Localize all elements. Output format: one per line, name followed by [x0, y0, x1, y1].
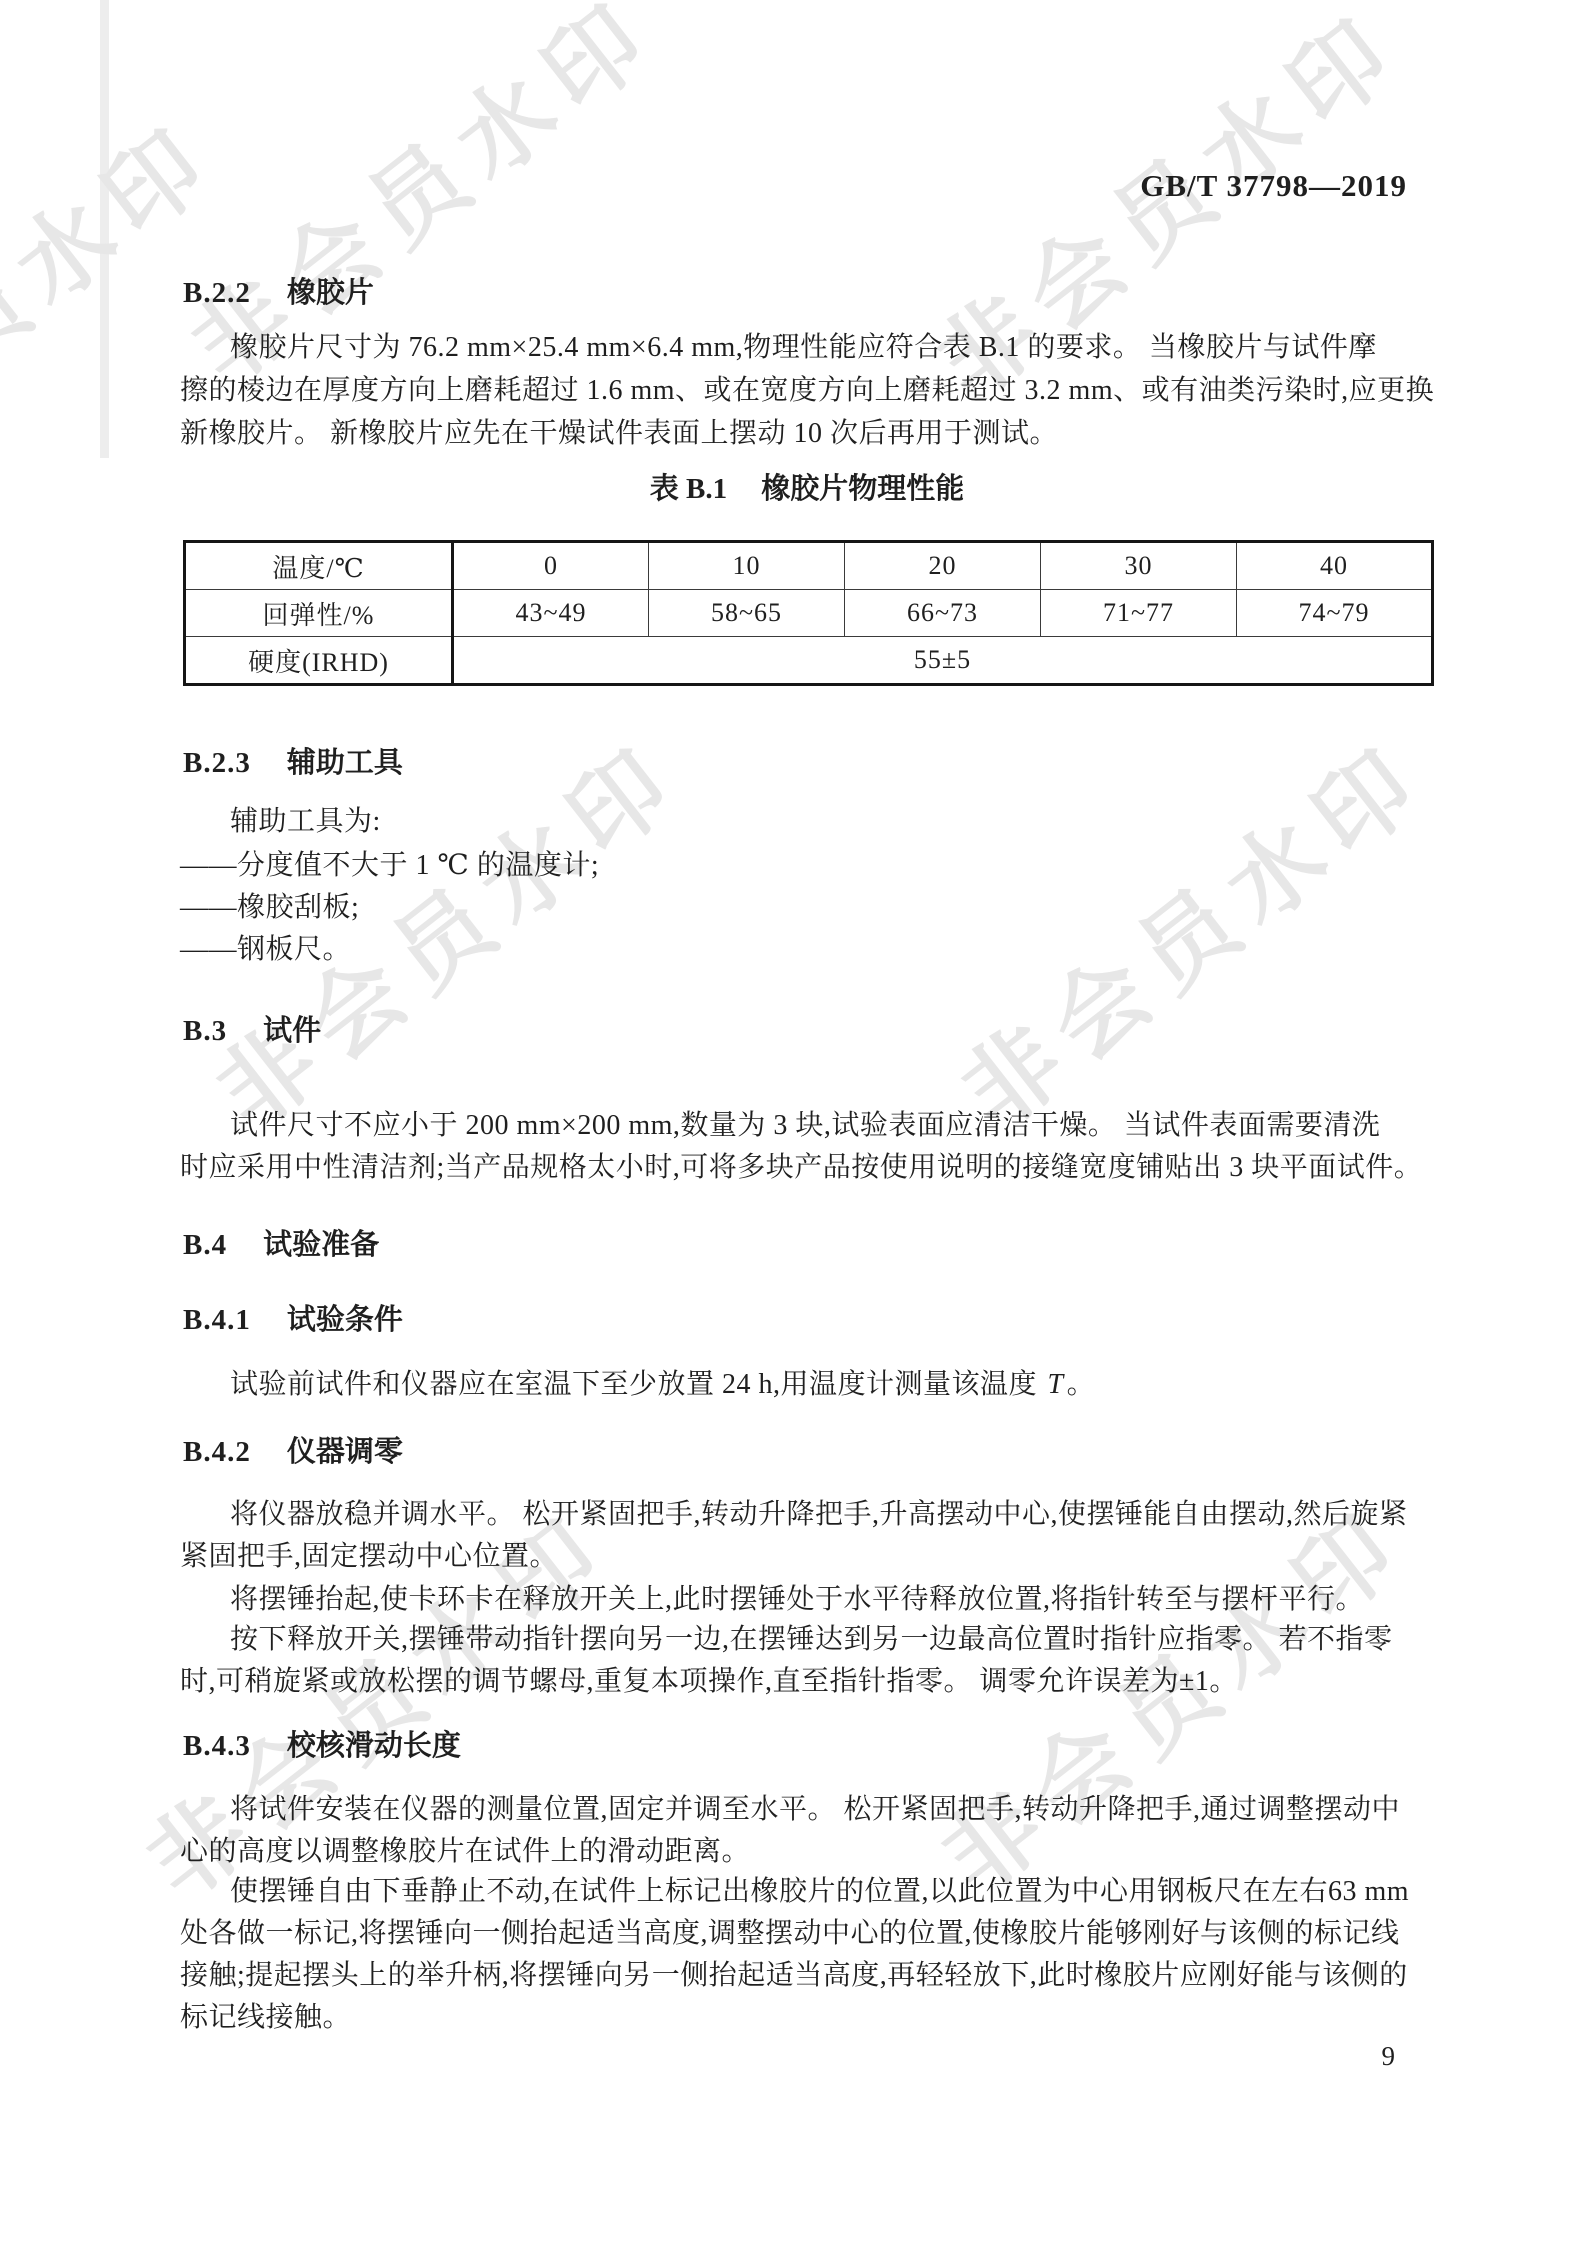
paragraph-text: 试验前试件和仪器应在室温下至少放置 24 h,用温度计测量该温度 [230, 1369, 1045, 1400]
section-number: B.2.3 [183, 747, 251, 779]
section-number: B.2.2 [183, 277, 251, 309]
section-heading-b43: B.4.3 校核滑动长度 [183, 1731, 461, 1761]
paragraph-b42-3: 按下释放开关,摆锤带动指针摆向另一边,在摆锤达到另一边最高位置时指针应指零。 若… [180, 1619, 1450, 1703]
paragraph-b41: 试验前试件和仪器应在室温下至少放置 24 h,用温度计测量该温度 T。 [180, 1364, 1450, 1406]
section-heading-b41: B.4.1 试验条件 [183, 1305, 403, 1335]
paragraph-b22: 橡胶片尺寸为 76.2 mm×25.4 mm×6.4 mm,物理性能应符合表 B… [180, 326, 1450, 455]
paragraph-line: 将摆锤抬起,使卡环卡在释放开关上,此时摆锤处于水平待释放位置,将指针转至与摆杆平… [180, 1579, 1450, 1621]
paragraph-b23-intro: 辅助工具为: [180, 801, 1450, 843]
section-title: 试验准备 [263, 1229, 379, 1261]
paragraph-line: 新橡胶片。 新橡胶片应先在干燥试件表面上摆动 10 次后再用于测试。 [180, 412, 1450, 455]
table-cell: 43~49 [453, 590, 649, 637]
list-item: ——钢板尺。 [180, 929, 1450, 971]
paragraph-line: 试件尺寸不应小于 200 mm×200 mm,数量为 3 块,试验表面应清洁干燥… [180, 1105, 1450, 1147]
physical-properties-table: 温度/℃ 0 10 20 30 40 回弹性/% 43~49 58~65 66~… [183, 540, 1434, 686]
paragraph-b3: 试件尺寸不应小于 200 mm×200 mm,数量为 3 块,试验表面应清洁干燥… [180, 1105, 1450, 1189]
paragraph-line: 标记线接触。 [180, 1997, 1450, 2039]
paragraph-line: 时,可稍旋紧或放松摆的调节螺母,重复本项操作,直至指针指零。 调零允许误差为±1… [180, 1661, 1450, 1703]
list-b23: ——分度值不大于 1 ℃ 的温度计; ——橡胶刮板; ——钢板尺。 [180, 845, 1450, 971]
table-cell: 74~79 [1237, 590, 1433, 637]
section-title: 校核滑动长度 [287, 1730, 461, 1762]
paragraph-line: 时应采用中性清洁剂;当产品规格太小时,可将多块产品按使用说明的接缝宽度铺贴出 3… [180, 1147, 1450, 1189]
page-number: 9 [1382, 2041, 1396, 2071]
table-cell: 58~65 [649, 590, 845, 637]
list-item: ——分度值不大于 1 ℃ 的温度计; [180, 845, 1450, 887]
section-heading-b3: B.3 试件 [183, 1016, 321, 1046]
paragraph-line: 橡胶片尺寸为 76.2 mm×25.4 mm×6.4 mm,物理性能应符合表 B… [180, 326, 1450, 369]
table-cell-merged: 55±5 [453, 637, 1433, 685]
section-heading-b22: B.2.2 橡胶片 [183, 278, 374, 308]
variable-T: T [1045, 1369, 1067, 1400]
table-cell: 20 [845, 542, 1041, 590]
section-number: B.4.2 [183, 1436, 251, 1468]
paragraph-b43-2: 使摆锤自由下垂静止不动,在试件上标记出橡胶片的位置,以此位置为中心用钢板尺在左右… [180, 1871, 1450, 2039]
paragraph-line: 紧固把手,固定摆动中心位置。 [180, 1536, 1450, 1578]
section-title: 试件 [263, 1015, 321, 1047]
table-cell: 40 [1237, 542, 1433, 590]
table-row-hardness: 硬度(IRHD) 55±5 [185, 637, 1433, 685]
table-title-text: 橡胶片物理性能 [761, 473, 964, 505]
section-title: 试验条件 [287, 1304, 403, 1336]
section-number: B.4.1 [183, 1304, 251, 1336]
section-number: B.4 [183, 1229, 227, 1261]
section-heading-b23: B.2.3 辅助工具 [183, 748, 403, 778]
table-row-temperature: 温度/℃ 0 10 20 30 40 [185, 542, 1433, 590]
table-title: 表 B.1 橡胶片物理性能 [183, 474, 1431, 505]
table-cell: 71~77 [1041, 590, 1237, 637]
table-cell: 30 [1041, 542, 1237, 590]
section-number: B.4.3 [183, 1730, 251, 1762]
table-row-resilience: 回弹性/% 43~49 58~65 66~73 71~77 74~79 [185, 590, 1433, 637]
section-heading-b42: B.4.2 仪器调零 [183, 1437, 403, 1467]
document-page: 非会员水印 非会员水印 非会员水印 非会员水印 非会员水印 非会员水印 非会员水… [0, 0, 1586, 2242]
table-cell-label: 温度/℃ [185, 542, 453, 590]
paragraph-line: 将仪器放稳并调水平。 松开紧固把手,转动升降把手,升高摆动中心,使摆锤能自由摆动… [180, 1494, 1450, 1536]
list-item: ——橡胶刮板; [180, 887, 1450, 929]
table-cell: 10 [649, 542, 845, 590]
paragraph-line: 擦的棱边在厚度方向上磨耗超过 1.6 mm、或在宽度方向上磨耗超过 3.2 mm… [180, 369, 1450, 412]
standard-number-header: GB/T 37798—2019 [1140, 170, 1407, 202]
table-number: 表 B.1 [650, 473, 727, 505]
section-heading-b4: B.4 试验准备 [183, 1230, 379, 1260]
paragraph-b42-2: 将摆锤抬起,使卡环卡在释放开关上,此时摆锤处于水平待释放位置,将指针转至与摆杆平… [180, 1579, 1450, 1621]
paragraph-line: 使摆锤自由下垂静止不动,在试件上标记出橡胶片的位置,以此位置为中心用钢板尺在左右… [180, 1871, 1450, 1913]
table-cell: 0 [453, 542, 649, 590]
section-title: 仪器调零 [287, 1436, 403, 1468]
paragraph-line: 辅助工具为: [180, 801, 1450, 843]
table-cell: 66~73 [845, 590, 1041, 637]
paragraph-line: 试验前试件和仪器应在室温下至少放置 24 h,用温度计测量该温度 T。 [180, 1364, 1450, 1406]
paragraph-text: 。 [1067, 1369, 1096, 1400]
paragraph-b43-1: 将试件安装在仪器的测量位置,固定并调至水平。 松开紧固把手,转动升降把手,通过调… [180, 1789, 1450, 1873]
paragraph-line: 处各做一标记,将摆锤向一侧抬起适当高度,调整摆动中心的位置,使橡胶片能够刚好与该… [180, 1913, 1450, 1955]
paragraph-line: 将试件安装在仪器的测量位置,固定并调至水平。 松开紧固把手,转动升降把手,通过调… [180, 1789, 1450, 1831]
table-cell-label: 回弹性/% [185, 590, 453, 637]
paragraph-line: 心的高度以调整橡胶片在试件上的滑动距离。 [180, 1831, 1450, 1873]
paragraph-line: 按下释放开关,摆锤带动指针摆向另一边,在摆锤达到另一边最高位置时指针应指零。 若… [180, 1619, 1450, 1661]
section-number: B.3 [183, 1015, 227, 1047]
paragraph-line: 接触;提起摆头上的举升柄,将摆锤向另一侧抬起适当高度,再轻轻放下,此时橡胶片应刚… [180, 1955, 1450, 1997]
table-cell-label: 硬度(IRHD) [185, 637, 453, 685]
section-title: 辅助工具 [287, 747, 403, 779]
section-title: 橡胶片 [287, 277, 374, 309]
paragraph-b42-1: 将仪器放稳并调水平。 松开紧固把手,转动升降把手,升高摆动中心,使摆锤能自由摆动… [180, 1494, 1450, 1578]
